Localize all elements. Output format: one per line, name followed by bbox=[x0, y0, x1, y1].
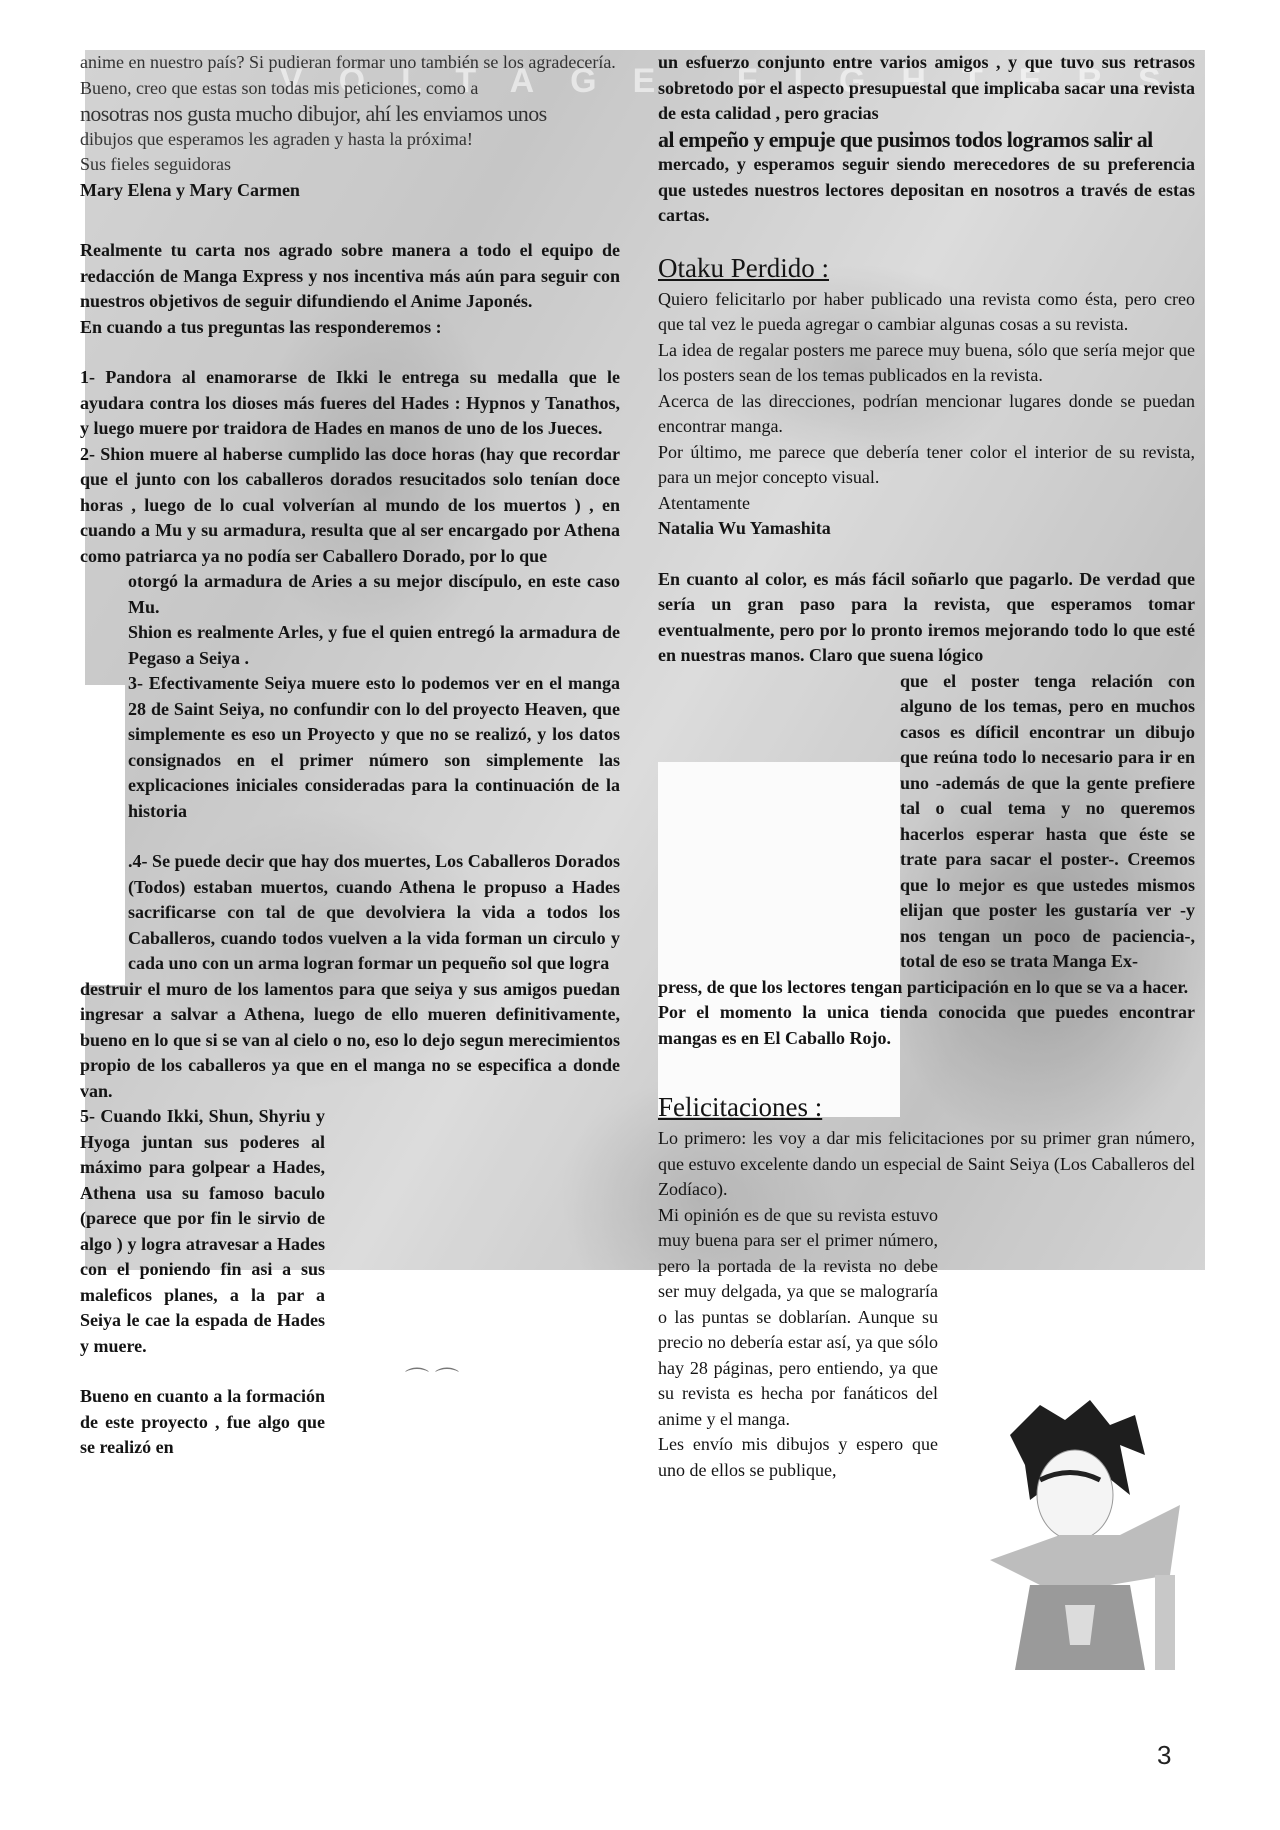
face-sketch-icon: ⌒ ⌒ bbox=[405, 1360, 459, 1395]
otaku-store: Por el momento la unica tienda conocida … bbox=[658, 1000, 1195, 1051]
answer-2: 2- Shion muere al haberse cumplido las d… bbox=[80, 442, 620, 570]
otaku-signature: Natalia Wu Yamashita bbox=[658, 516, 1195, 542]
page-number: 3 bbox=[1157, 1740, 1171, 1771]
reply-questions: En cuando a tus preguntas las respondere… bbox=[80, 315, 620, 341]
felicitaciones-paragraph: Mi opinión es de que su revista estuvo m… bbox=[658, 1203, 938, 1433]
otaku-letter-paragraph: Quiero felicitarlo por haber publicado u… bbox=[658, 287, 1195, 338]
otaku-letter-paragraph: La idea de regalar posters me parece muy… bbox=[658, 338, 1195, 389]
closing-continued-end: mercado, y esperamos seguir siendo merec… bbox=[658, 152, 1195, 229]
answer-4-start: .4- Se puede decir que hay dos muertes, … bbox=[128, 849, 620, 977]
closing-continued-line: al empeño y empuje que pusimos todos log… bbox=[658, 127, 1195, 153]
otaku-reply-end: press, de que los lectores tengan partic… bbox=[658, 975, 1195, 1001]
felicitaciones-paragraph: Les envío mis dibujos y espero que uno d… bbox=[658, 1432, 938, 1483]
answer-3: 3- Efectivamente Seiya muere esto lo pod… bbox=[128, 671, 620, 824]
right-column: un esfuerzo conjunto entre varios amigos… bbox=[658, 50, 1195, 1483]
letter-line: nosotras nos gusta mucho dibujor, ahí le… bbox=[80, 101, 620, 127]
section-heading-otaku-perdido: Otaku Perdido : bbox=[658, 251, 1195, 285]
left-column: anime en nuestro país? Si pudieran forma… bbox=[80, 50, 620, 1461]
otaku-letter-paragraph: Por último, me parece que debería tener … bbox=[658, 440, 1195, 491]
letter-line: dibujos que esperamos les agraden y hast… bbox=[80, 127, 620, 153]
otaku-reply-narrow: que el poster tenga relación con alguno … bbox=[900, 669, 1195, 975]
section-heading-felicitaciones: Felicitaciones : bbox=[658, 1090, 1195, 1124]
closing-paragraph: Bueno en cuanto a la formación de este p… bbox=[80, 1384, 325, 1461]
margin-right bbox=[1205, 0, 1280, 1830]
anime-character-drawing bbox=[970, 1385, 1190, 1670]
character-illustration-icon bbox=[970, 1385, 1190, 1670]
answer-2-continued: otorgó la armadura de Aries a su mejor d… bbox=[128, 569, 620, 620]
otaku-letter-paragraph: Acerca de las direcciones, podrían menci… bbox=[658, 389, 1195, 440]
letter-line: Sus fieles seguidoras bbox=[80, 152, 620, 178]
letter-signature: Mary Elena y Mary Carmen bbox=[80, 178, 620, 204]
answer-5: 5- Cuando Ikki, Shun, Shyriu y Hyoga jun… bbox=[80, 1104, 325, 1359]
otaku-letter-closing: Atentamente bbox=[658, 491, 1195, 517]
felicitaciones-paragraph: Lo primero: les voy a dar mis felicitaci… bbox=[658, 1126, 1195, 1203]
letter-line: Bueno, creo que estas son todas mis peti… bbox=[80, 76, 620, 102]
otaku-reply: En cuanto al color, es más fácil soñarlo… bbox=[658, 567, 1195, 669]
reply-intro: Realmente tu carta nos agrado sobre mane… bbox=[80, 238, 620, 315]
closing-continued: un esfuerzo conjunto entre varios amigos… bbox=[658, 50, 1195, 127]
margin-left bbox=[0, 50, 85, 1280]
answer-2-shion: Shion es realmente Arles, y fue el quien… bbox=[128, 620, 620, 671]
answer-1: 1- Pandora al enamorarse de Ikki le entr… bbox=[80, 365, 620, 442]
letter-line: anime en nuestro país? Si pudieran forma… bbox=[80, 50, 620, 76]
answer-4-end: destruir el muro de los lamentos para qu… bbox=[80, 977, 620, 1105]
